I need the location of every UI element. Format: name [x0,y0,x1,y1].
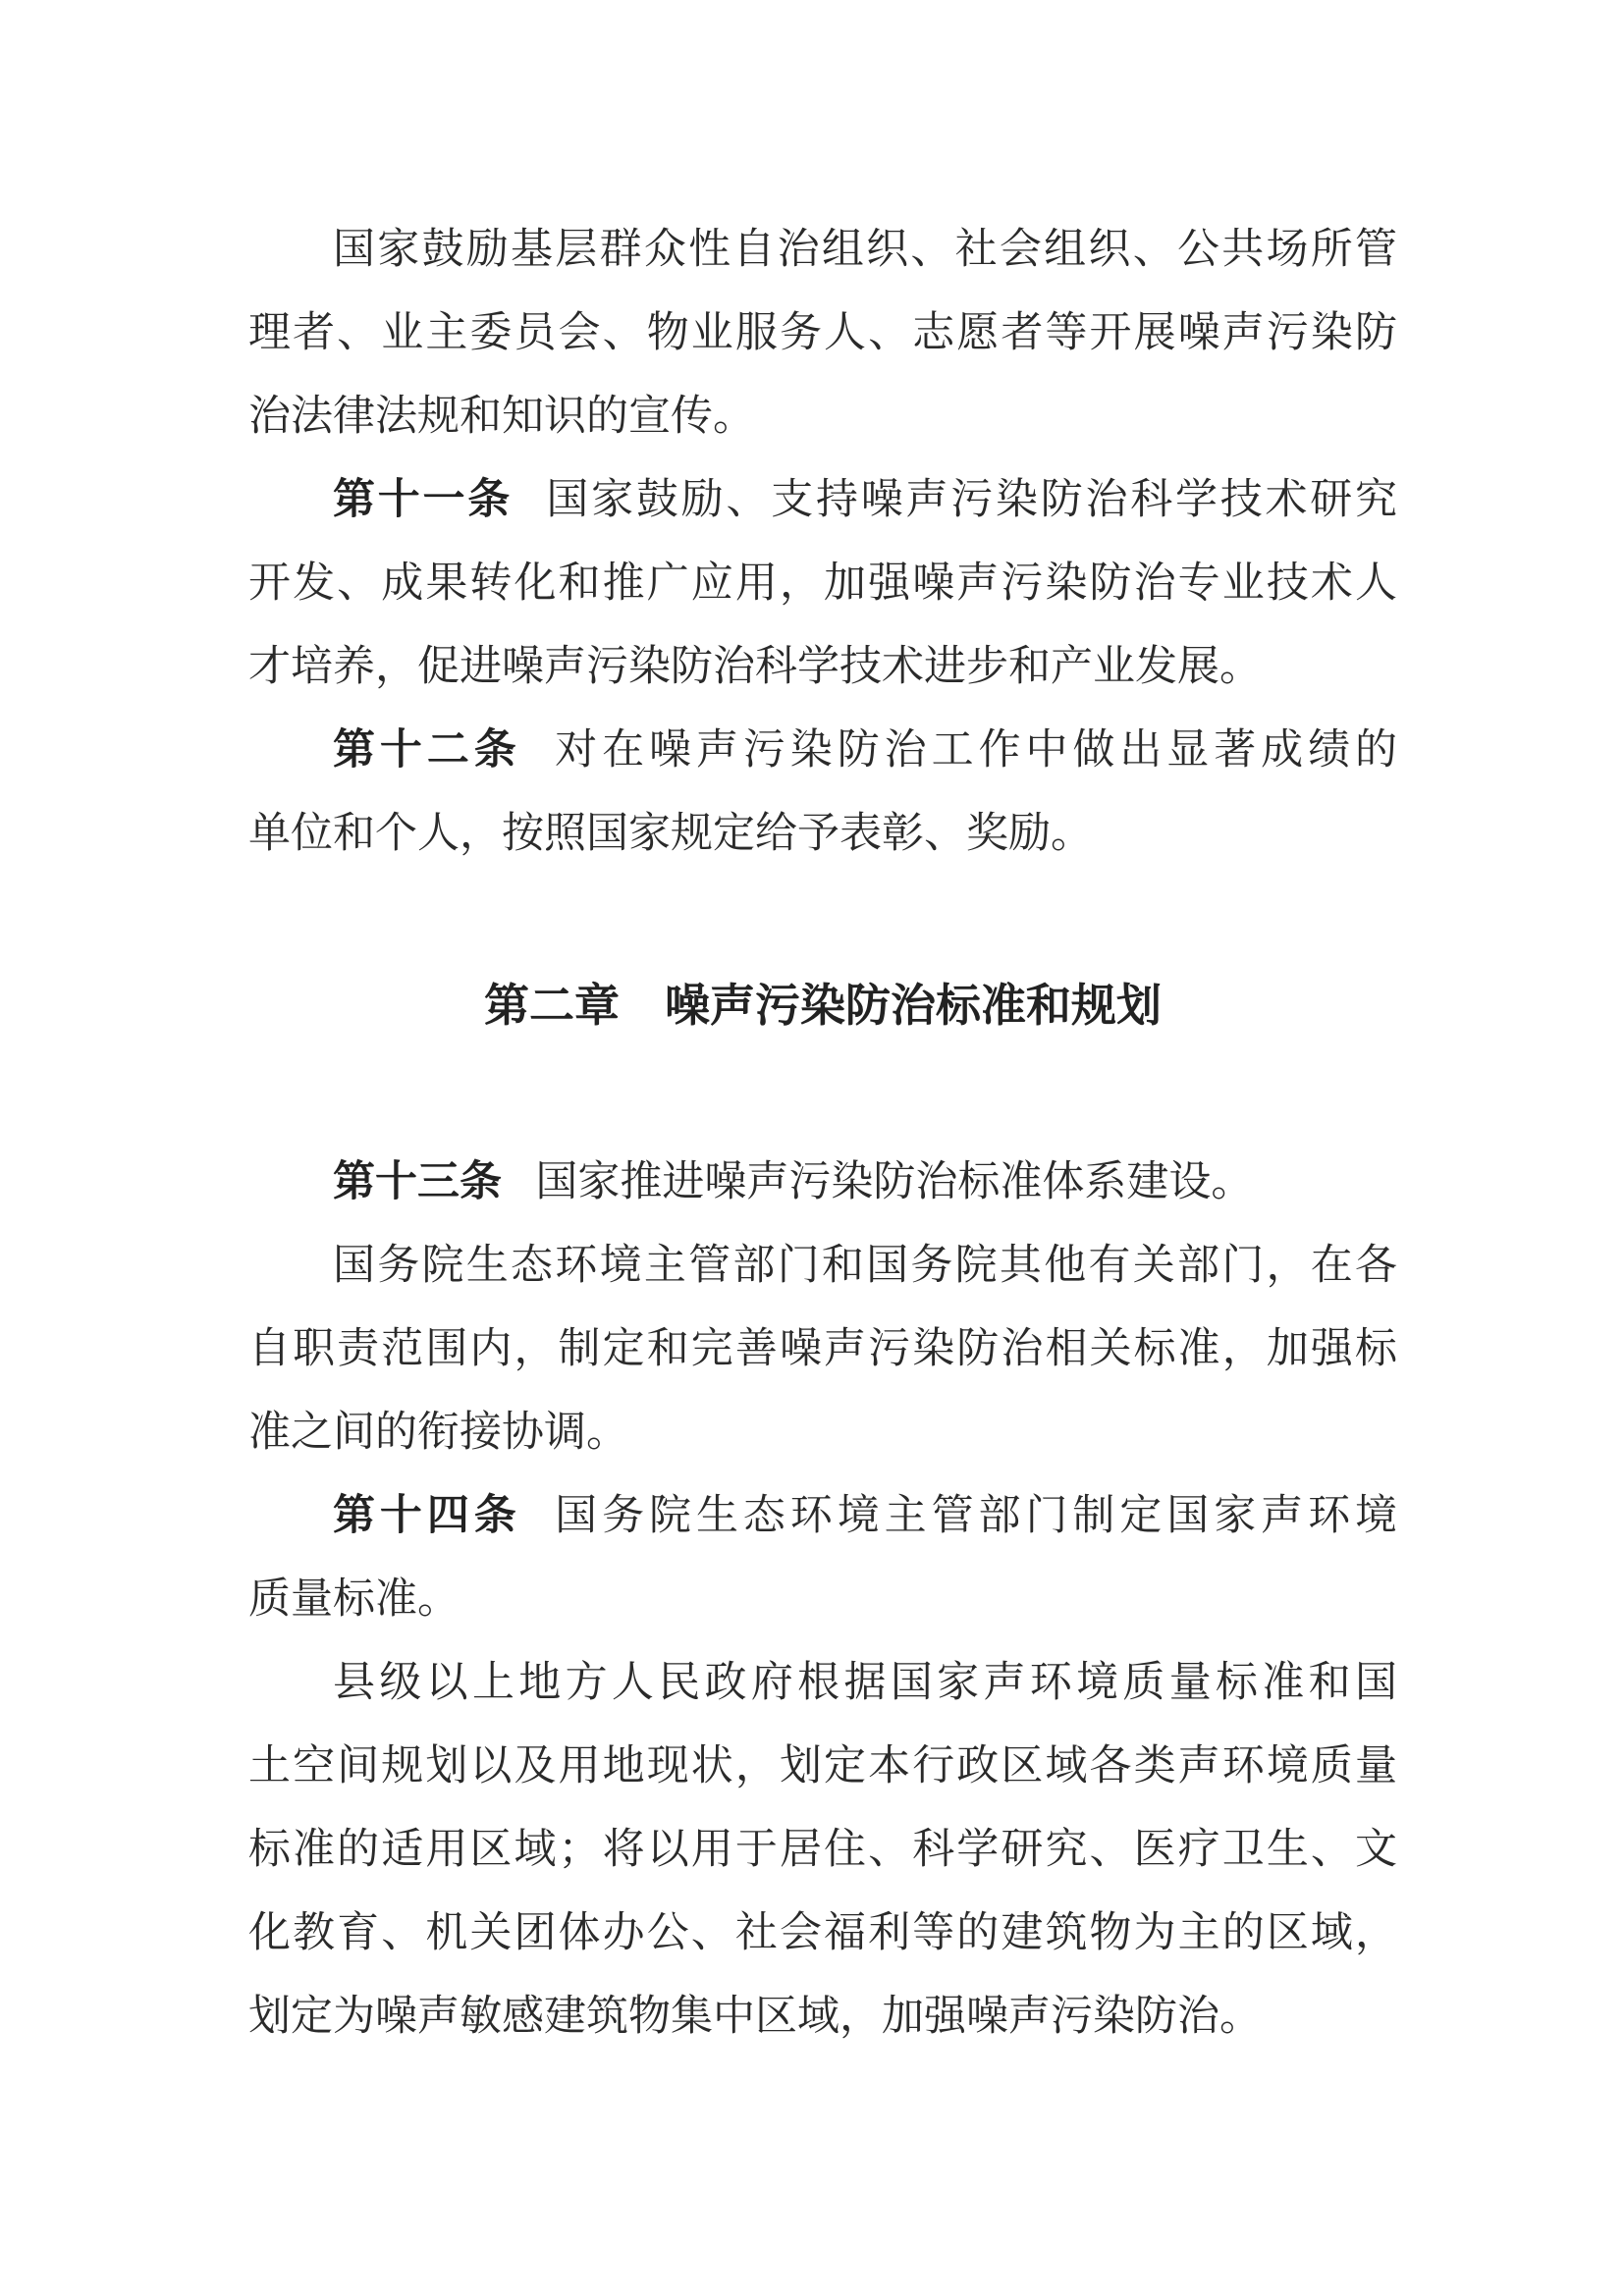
law-text-line: 第十一条国家鼓励、支持噪声污染防治科学技术研究 [248,458,1397,542]
law-text-line: 质量标准。 [248,1558,1397,1641]
law-text-line: 单位和个人，按照国家规定给予表彰、奖励。 [248,792,1397,876]
law-text-line: 化教育、机关团体办公、社会福利等的建筑物为主的区域， [248,1892,1397,1975]
chapter-title: 噪声污染防治标准和规划 [665,980,1162,1031]
law-text-line: 第十四条国务院生态环境主管部门制定国家声环境 [248,1474,1397,1558]
law-text-line: 国务院生态环境主管部门和国务院其他有关部门，在各 [248,1224,1397,1308]
article-text: 国务院生态环境主管部门制定国家声环境 [555,1493,1397,1539]
law-text-line: 土空间规划以及用地现状，划定本行政区域各类声环境质量 [248,1725,1397,1808]
article-text: 国家鼓励、支持噪声污染防治科学技术研究 [546,477,1397,523]
article-text: 国家推进噪声污染防治标准体系建设。 [535,1159,1253,1205]
article-text: 对在噪声污染防治工作中做出显著成绩的 [555,727,1397,774]
law-text-line: 治法律法规和知识的宣传。 [248,375,1397,458]
article-number: 第十三条 [333,1158,502,1205]
law-text-line: 第十二条对在噪声污染防治工作中做出显著成绩的 [248,709,1397,792]
law-text-line: 县级以上地方人民政府根据国家声环境质量标准和国 [248,1641,1397,1725]
chapter-heading: 第二章噪声污染防治标准和规划 [248,964,1397,1047]
document-page: { "page": { "background": "#ffffff", "te… [0,0,1624,2296]
law-text-line: 自职责范围内，制定和完善噪声污染防治相关标准，加强标 [248,1308,1397,1391]
law-text-line: 标准的适用区域；将以用于居住、科学研究、医疗卫生、文 [248,1808,1397,1892]
law-text-line: 才培养，促进噪声污染防治科学技术进步和产业发展。 [248,625,1397,709]
chapter-number: 第二章 [484,980,620,1031]
law-text-line: 划定为噪声敏感建筑物集中区域，加强噪声污染防治。 [248,1975,1397,2058]
article-number: 第十一条 [333,476,513,523]
law-text-line: 理者、业主委员会、物业服务人、志愿者等开展噪声污染防 [248,292,1397,375]
law-text-line: 国家鼓励基层群众性自治组织、社会组织、公共场所管 [248,208,1397,292]
law-text-line: 第十三条国家推进噪声污染防治标准体系建设。 [248,1141,1397,1224]
article-number: 第十二条 [333,726,521,774]
article-number: 第十四条 [333,1492,521,1539]
law-text-line: 准之间的衔接协调。 [248,1391,1397,1474]
law-text-block: 国家鼓励基层群众性自治组织、社会组织、公共场所管 理者、业主委员会、物业服务人、… [248,208,1397,2058]
law-text-line: 开发、成果转化和推广应用，加强噪声污染防治专业技术人 [248,542,1397,625]
